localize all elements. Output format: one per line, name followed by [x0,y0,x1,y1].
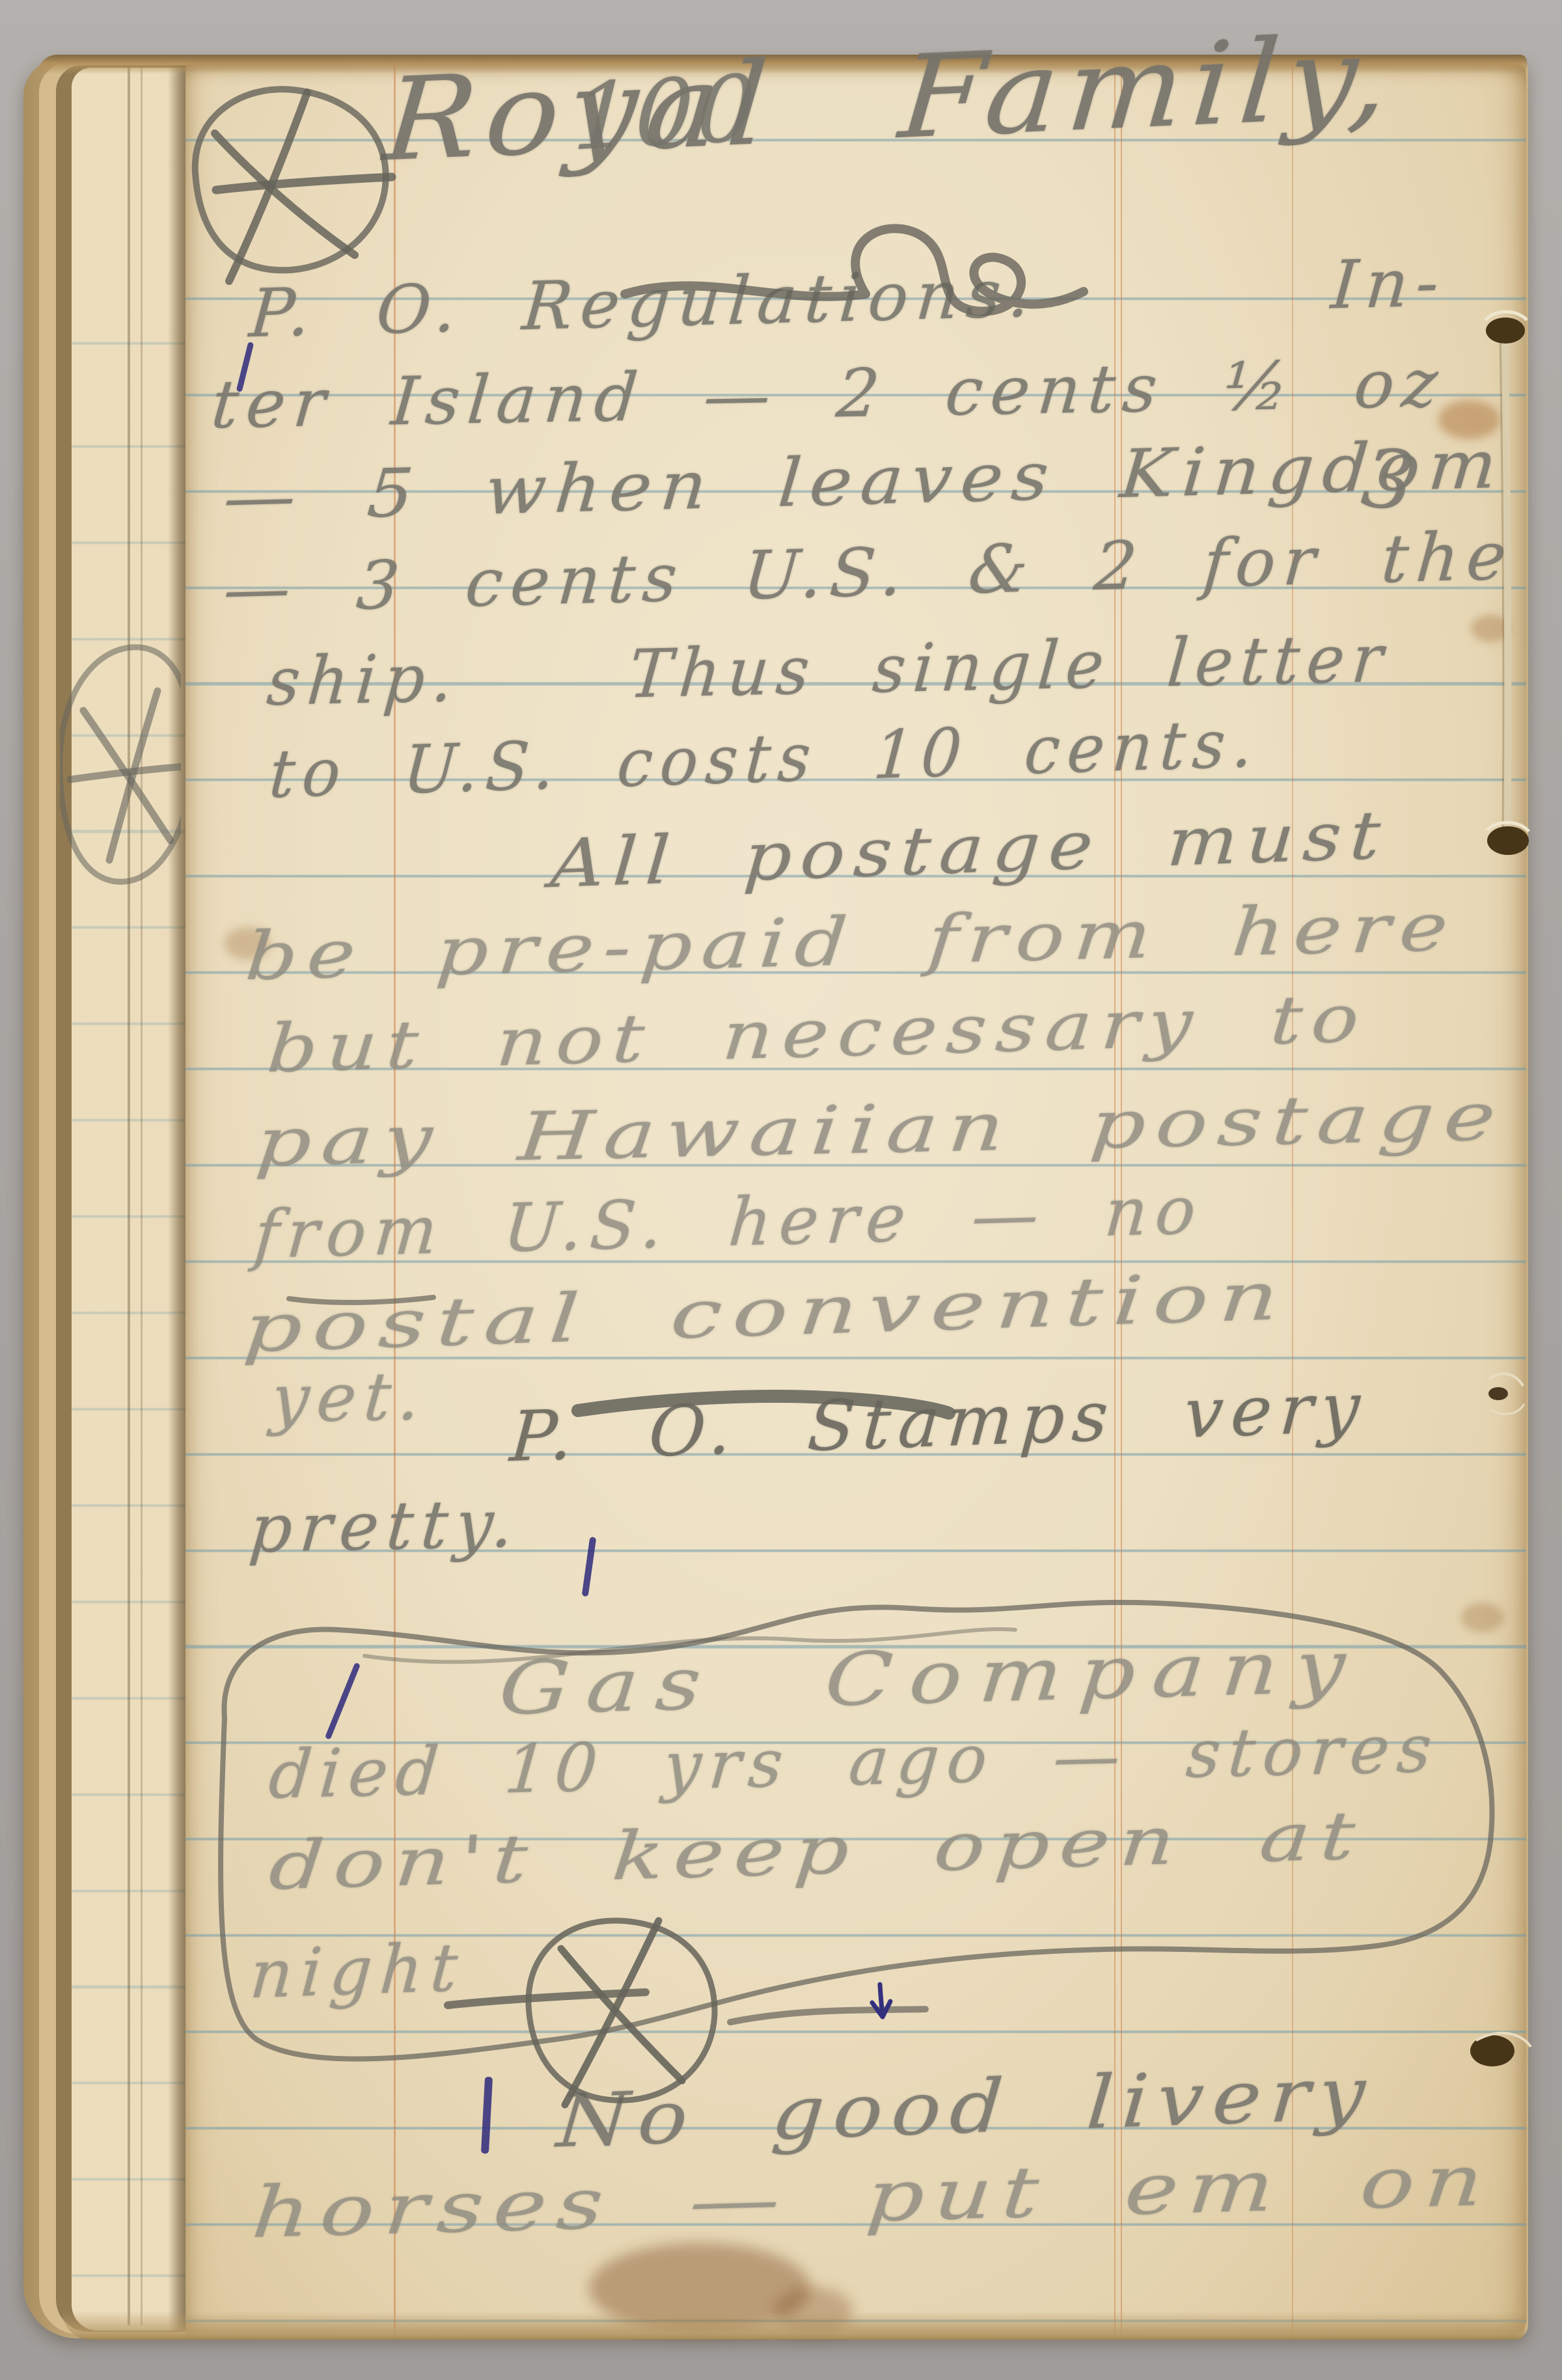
page-bottom-edge [62,2311,1525,2340]
stain [1471,615,1510,642]
handwriting-line: Gas Company [497,1630,1365,1725]
handwriting-line: ter Island — 2 cents ½ oz [209,351,1448,439]
stain [1461,1602,1504,1632]
handwriting-line: pretty. [247,1491,523,1563]
page-crease [141,68,143,2325]
handwriting-line: yet. [269,1364,430,1433]
notebook-scan: 100 Royal Family, P. O. Regulations. In-… [0,0,1562,2380]
handwriting-line: night [248,1934,467,2008]
page-crease [128,68,130,2325]
